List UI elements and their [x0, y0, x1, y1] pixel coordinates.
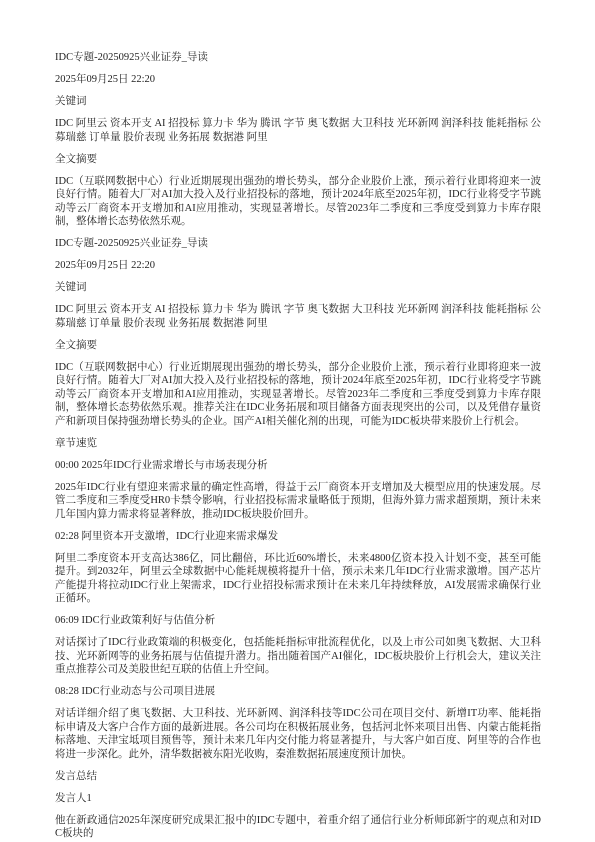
section-heading-keywords: 关键词 — [55, 281, 541, 295]
document-page: IDC专题-20250925兴业证券_导读 2025年09月25日 22:20 … — [0, 0, 595, 842]
summary-paragraph: IDC（互联网数据中心）行业近期展现出强劲的增长势头，部分企业股价上涨，预示着行… — [55, 175, 541, 229]
section-heading-keywords: 关键词 — [55, 95, 541, 109]
chapter-title-0228: 02:28 阿里资本开支激增，IDC行业迎来需求爆发 — [55, 530, 541, 544]
doc-title: IDC专题-20250925兴业证券_导读 — [55, 237, 541, 251]
chapter-paragraph: 对话详细介绍了奥飞数据、大卫科技、光环新网、润泽科技等IDC公司在项目交付、新增… — [55, 707, 541, 761]
chapter-paragraph: 2025年IDC行业有望迎来需求量的确定性高增，得益于云厂商资本开支增加及大模型… — [55, 481, 541, 522]
chapter-paragraph: 对话探讨了IDC行业政策端的积极变化，包括能耗指标审批流程优化，以及上市公司如奥… — [55, 636, 541, 677]
chapter-title-0828: 08:28 IDC行业动态与公司项目进展 — [55, 685, 541, 699]
doc-datetime: 2025年09月25日 22:20 — [55, 259, 541, 273]
speaker-label: 发言人1 — [55, 792, 541, 806]
keywords-list: IDC 阿里云 资本开支 AI 招投标 算力卡 华为 腾讯 字节 奥飞数据 大卫… — [55, 117, 541, 144]
doc-title: IDC专题-20250925兴业证券_导读 — [55, 51, 541, 65]
section-heading-summary: 全文摘要 — [55, 153, 541, 167]
section-heading-summary: 全文摘要 — [55, 339, 541, 353]
section-heading-chapters: 章节速览 — [55, 437, 541, 451]
doc-datetime: 2025年09月25日 22:20 — [55, 73, 541, 87]
chapter-paragraph: 阿里二季度资本开支高达386亿，同比翻倍，环比近60%增长，未来4800亿资本投… — [55, 552, 541, 606]
chapter-title-0609: 06:09 IDC行业政策利好与估值分析 — [55, 614, 541, 628]
keywords-list: IDC 阿里云 资本开支 AI 招投标 算力卡 华为 腾讯 字节 奥飞数据 大卫… — [55, 303, 541, 330]
summary-paragraph-full: IDC（互联网数据中心）行业近期展现出强劲的增长势头，部分企业股价上涨，预示着行… — [55, 361, 541, 429]
section-heading-speech-summary: 发言总结 — [55, 770, 541, 784]
speaker-paragraph: 他在新政通信2025年深度研究成果汇报中的IDC专题中，着重介绍了通信行业分析师… — [55, 814, 541, 841]
chapter-title-0000: 00:00 2025年IDC行业需求增长与市场表现分析 — [55, 459, 541, 473]
